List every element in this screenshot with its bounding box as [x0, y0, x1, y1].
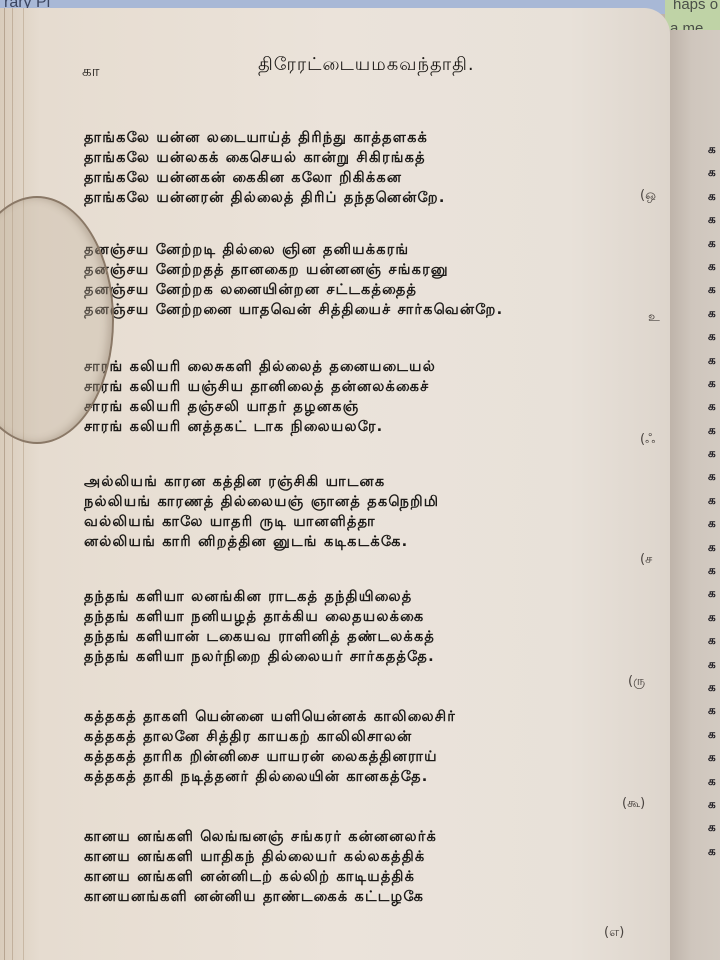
verse-line: தாங்கலே யன்னரன் தில்லைத் திரிப் தந்தனென்… — [84, 188, 446, 208]
verse-number: உ — [648, 310, 660, 326]
verse-number: (கூ) — [622, 796, 645, 812]
facing-line-start: க — [708, 629, 720, 652]
verse-line: சாரங் கலியரி யஞ்சிய தானிலைத் தன்னலக்கைச் — [84, 377, 436, 397]
background-text: haps o — [673, 0, 718, 13]
facing-line-start: க — [708, 395, 720, 418]
facing-line-start: க — [708, 653, 720, 676]
facing-line-start: க — [708, 559, 720, 582]
verse-number: (ரு — [628, 674, 645, 690]
facing-line-start: க — [708, 349, 720, 372]
verse-line: வல்லியங் காலே யாதரி ருடி யானளித்தா — [84, 512, 439, 532]
facing-page-line-starts: ககககககககககககககககககககககககககககககக — [708, 138, 720, 863]
verse-line: சாரங் கலியரி லைசுகளி தில்லைத் தனையடையல் — [84, 357, 436, 377]
verse-line: தந்தங் களியா நனியழத் தாக்கிய லைதயலக்கை — [84, 607, 435, 627]
verse-line: தனஞ்சய னேற்றதத் தானகைற யன்னனஞ் சங்கரனு — [84, 260, 503, 280]
facing-line-start: க — [708, 723, 720, 746]
facing-line-start: க — [708, 208, 720, 231]
facing-line-start: க — [708, 699, 720, 722]
facing-line-start: க — [708, 606, 720, 629]
facing-line-start: க — [708, 185, 720, 208]
stanza: கத்தகத் தாகளி யென்னை யளியென்னக் காலிலைசி… — [84, 707, 456, 787]
facing-line-start: க — [708, 770, 720, 793]
verse-line: கானய னங்களி லெங்ஙனஞ் சங்கரர் கன்னனலர்க் — [84, 827, 437, 847]
facing-line-start: க — [708, 512, 720, 535]
facing-line-start: க — [708, 489, 720, 512]
verse-line: தனஞ்சய னேற்றனை யாதவென் சித்தியைச் சார்கவ… — [84, 300, 503, 320]
running-head-title: திரேரட்டையமகவந்தாதி. — [258, 54, 475, 77]
verse-line: கத்தகத் தாலனே சித்திர காயகற் காலிலிசாலன் — [84, 727, 456, 747]
facing-line-start: க — [708, 232, 720, 255]
facing-line-start: க — [708, 138, 720, 161]
verse-line: தனஞ்சய னேற்றடி தில்லை ஞின தனியக்கரங் — [84, 240, 503, 260]
verse-line: தந்தங் களியா நலர்நிறை தில்லையர் சார்கதத்… — [84, 647, 435, 667]
verse-line: தாங்கலே யன்லகக் கைசெயல் கான்று சிகிரங்கத… — [84, 148, 446, 168]
facing-line-start: க — [708, 161, 720, 184]
facing-line-start: க — [708, 676, 720, 699]
verse-line: தாங்கலே யன்ன லடையாய்த் திரிந்து காத்தளகக… — [84, 128, 446, 148]
verse-line: அல்லியங் காரன கத்தின ரஞ்சிகி யாடனக — [84, 472, 439, 492]
verse-line: னல்லியங் காரி னிறத்தின னுடங் கடிகடக்கே. — [84, 532, 439, 552]
stanza: அல்லியங் காரன கத்தின ரஞ்சிகி யாடனகநல்லிய… — [84, 472, 439, 552]
stanza: சாரங் கலியரி லைசுகளி தில்லைத் தனையடையல்ச… — [84, 357, 436, 437]
facing-line-start: க — [708, 840, 720, 863]
facing-line-start: க — [708, 442, 720, 465]
verse-line: கானய னங்களி யாதிகந் தில்லையர் கல்லகத்திக… — [84, 847, 437, 867]
facing-line-start: க — [708, 372, 720, 395]
verse-line: தந்தங் களியான் டகையவ ராளினித் தண்டலக்கத் — [84, 627, 435, 647]
verse-line: சாரங் கலியரி தஞ்சலி யாதர் தழனகஞ் — [84, 397, 436, 417]
stanza: தனஞ்சய னேற்றடி தில்லை ஞின தனியக்கரங்தனஞ்… — [84, 240, 503, 320]
verse-line: கத்தகத் தாகளி யென்னை யளியென்னக் காலிலைசி… — [84, 707, 456, 727]
facing-line-start: க — [708, 746, 720, 769]
stanza: தந்தங் களியா லனங்கின ராடகத் தந்தியிலைத்த… — [84, 587, 435, 667]
facing-line-start: க — [708, 419, 720, 442]
facing-line-start: க — [708, 278, 720, 301]
verse-line: தாங்கலே யன்னகன் கைகின கலோ றிகிக்கன — [84, 168, 446, 188]
facing-line-start: க — [708, 793, 720, 816]
verse-line: கத்தகத் தாகி நடித்தனர் தில்லையின் கானகத்… — [84, 767, 456, 787]
verse-line: நல்லியங் காரணத் தில்லையஞ் ஞானத் தகநெறிமி — [84, 492, 439, 512]
facing-line-start: க — [708, 536, 720, 559]
facing-line-start: க — [708, 582, 720, 605]
verse-line: கானயனங்களி னன்னிய தாண்டகைக் கட்டழகே — [84, 887, 437, 907]
verse-line: கத்தகத் தாரிக றின்னிசை யாயரன் லைகத்தினரா… — [84, 747, 456, 767]
facing-line-start: க — [708, 465, 720, 488]
stanza: தாங்கலே யன்ன லடையாய்த் திரிந்து காத்தளகக… — [84, 128, 446, 208]
page-edges — [4, 8, 24, 960]
facing-line-start: க — [708, 325, 720, 348]
facing-line-start: க — [708, 816, 720, 839]
verse-line: கானய னங்களி னன்னிடற் கல்லிற் காடியத்திக் — [84, 867, 437, 887]
verse-number: (ஒ — [640, 188, 656, 204]
verse-number: (ஃ — [640, 432, 655, 448]
verse-line: சாரங் கலியரி னத்தகட் டாக நிலையலரே. — [84, 417, 436, 437]
verse-number: (ச — [640, 552, 652, 568]
facing-line-start: க — [708, 255, 720, 278]
page-number: கா — [82, 62, 99, 82]
facing-line-start: க — [708, 302, 720, 325]
stanza: கானய னங்களி லெங்ஙனஞ் சங்கரர் கன்னனலர்க்க… — [84, 827, 437, 907]
verse-line: தனஞ்சய னேற்றக லனையின்றன சட்டகத்தைத் — [84, 280, 503, 300]
verse-number: (எ) — [604, 925, 624, 941]
verse-line: தந்தங் களியா லனங்கின ராடகத் தந்தியிலைத் — [84, 587, 435, 607]
